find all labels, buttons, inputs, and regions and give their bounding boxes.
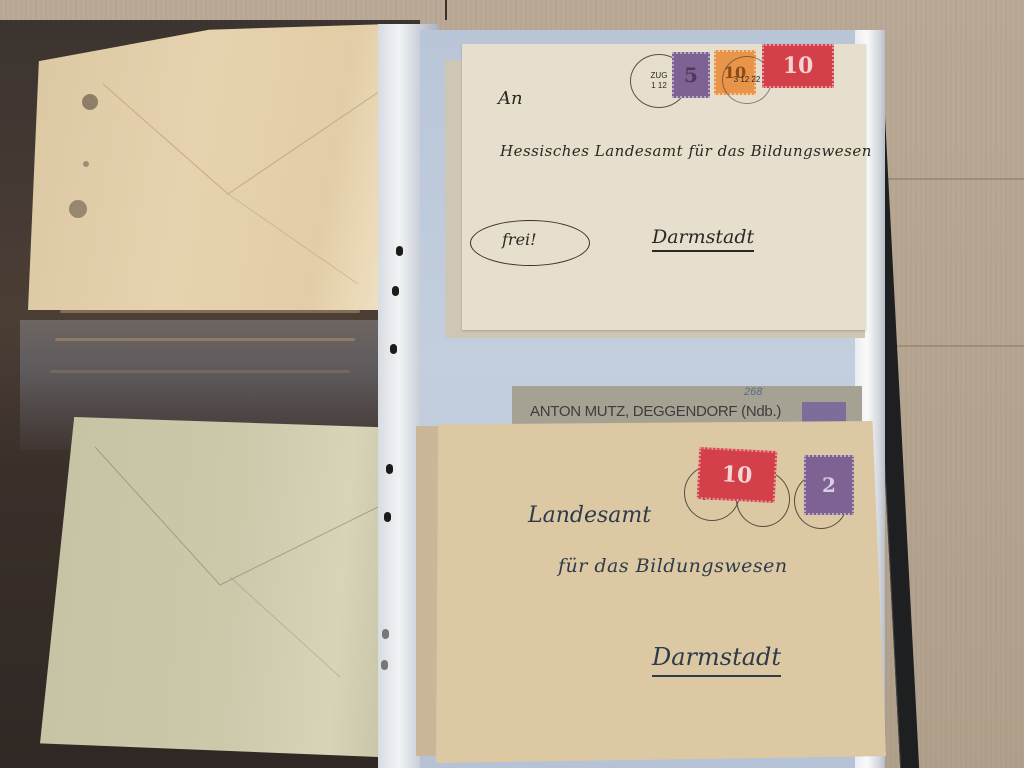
punch-hole bbox=[396, 246, 403, 256]
frei-note: frei! bbox=[502, 230, 537, 249]
cover-bottom-right[interactable]: NIED 5-6N. 10 NIED 5-6N. 2 Landesamt für… bbox=[436, 421, 886, 763]
punch-hole bbox=[386, 464, 393, 474]
postmark-text: ZUG bbox=[651, 71, 668, 81]
punch-hole bbox=[392, 286, 399, 296]
stacked-cover-edge bbox=[50, 370, 350, 373]
sender-imprint: ANTON MUTZ, DEGGENDORF (Ndb.) bbox=[530, 403, 781, 420]
address-line: für das Bildungswesen bbox=[558, 555, 788, 577]
stamp-red: 10 bbox=[762, 44, 834, 88]
cardboard-crease bbox=[880, 178, 1024, 180]
pencil-number: 268 bbox=[744, 386, 762, 398]
cardboard-seam bbox=[445, 0, 447, 20]
punch-hole bbox=[384, 512, 391, 522]
cardboard-crease bbox=[890, 345, 1024, 347]
punch-hole bbox=[381, 660, 388, 670]
stamp-violet: 5 bbox=[672, 52, 710, 98]
address-line: Hessisches Landesamt für das Bildungswes… bbox=[500, 142, 872, 160]
stacked-cover-edge bbox=[55, 338, 355, 341]
envelope-back-top-left[interactable] bbox=[28, 24, 390, 310]
address-salutation: An bbox=[498, 88, 523, 109]
postmark-text: 3 12 22 bbox=[734, 75, 761, 85]
envelope-back-bottom-left[interactable] bbox=[40, 417, 382, 757]
punch-hole bbox=[390, 344, 397, 354]
stamp-value: 5 bbox=[684, 63, 698, 87]
stamp-value: 2 bbox=[822, 473, 836, 497]
envelope-flap-lines bbox=[28, 24, 390, 310]
stamp-value: 10 bbox=[783, 53, 814, 79]
cover-top-right[interactable]: ZUG 1 12 5 10 3 12 22 10 An Hessisches L… bbox=[462, 44, 866, 330]
stamp-value: 10 bbox=[721, 461, 753, 489]
envelope-flap-lines bbox=[40, 417, 382, 757]
address-city: Darmstadt bbox=[652, 643, 781, 677]
address-city: Darmstadt bbox=[652, 226, 754, 252]
stamp-red: 10 bbox=[697, 447, 778, 503]
postmark-text: 1 12 bbox=[651, 81, 667, 91]
stacked-cover-edge bbox=[60, 310, 360, 313]
stamp-violet: 2 bbox=[804, 455, 854, 515]
punch-hole bbox=[382, 629, 389, 639]
cover-middle-sender[interactable]: 268 ANTON MUTZ, DEGGENDORF (Ndb.) bbox=[512, 386, 862, 426]
address-line: Landesamt bbox=[528, 503, 651, 528]
